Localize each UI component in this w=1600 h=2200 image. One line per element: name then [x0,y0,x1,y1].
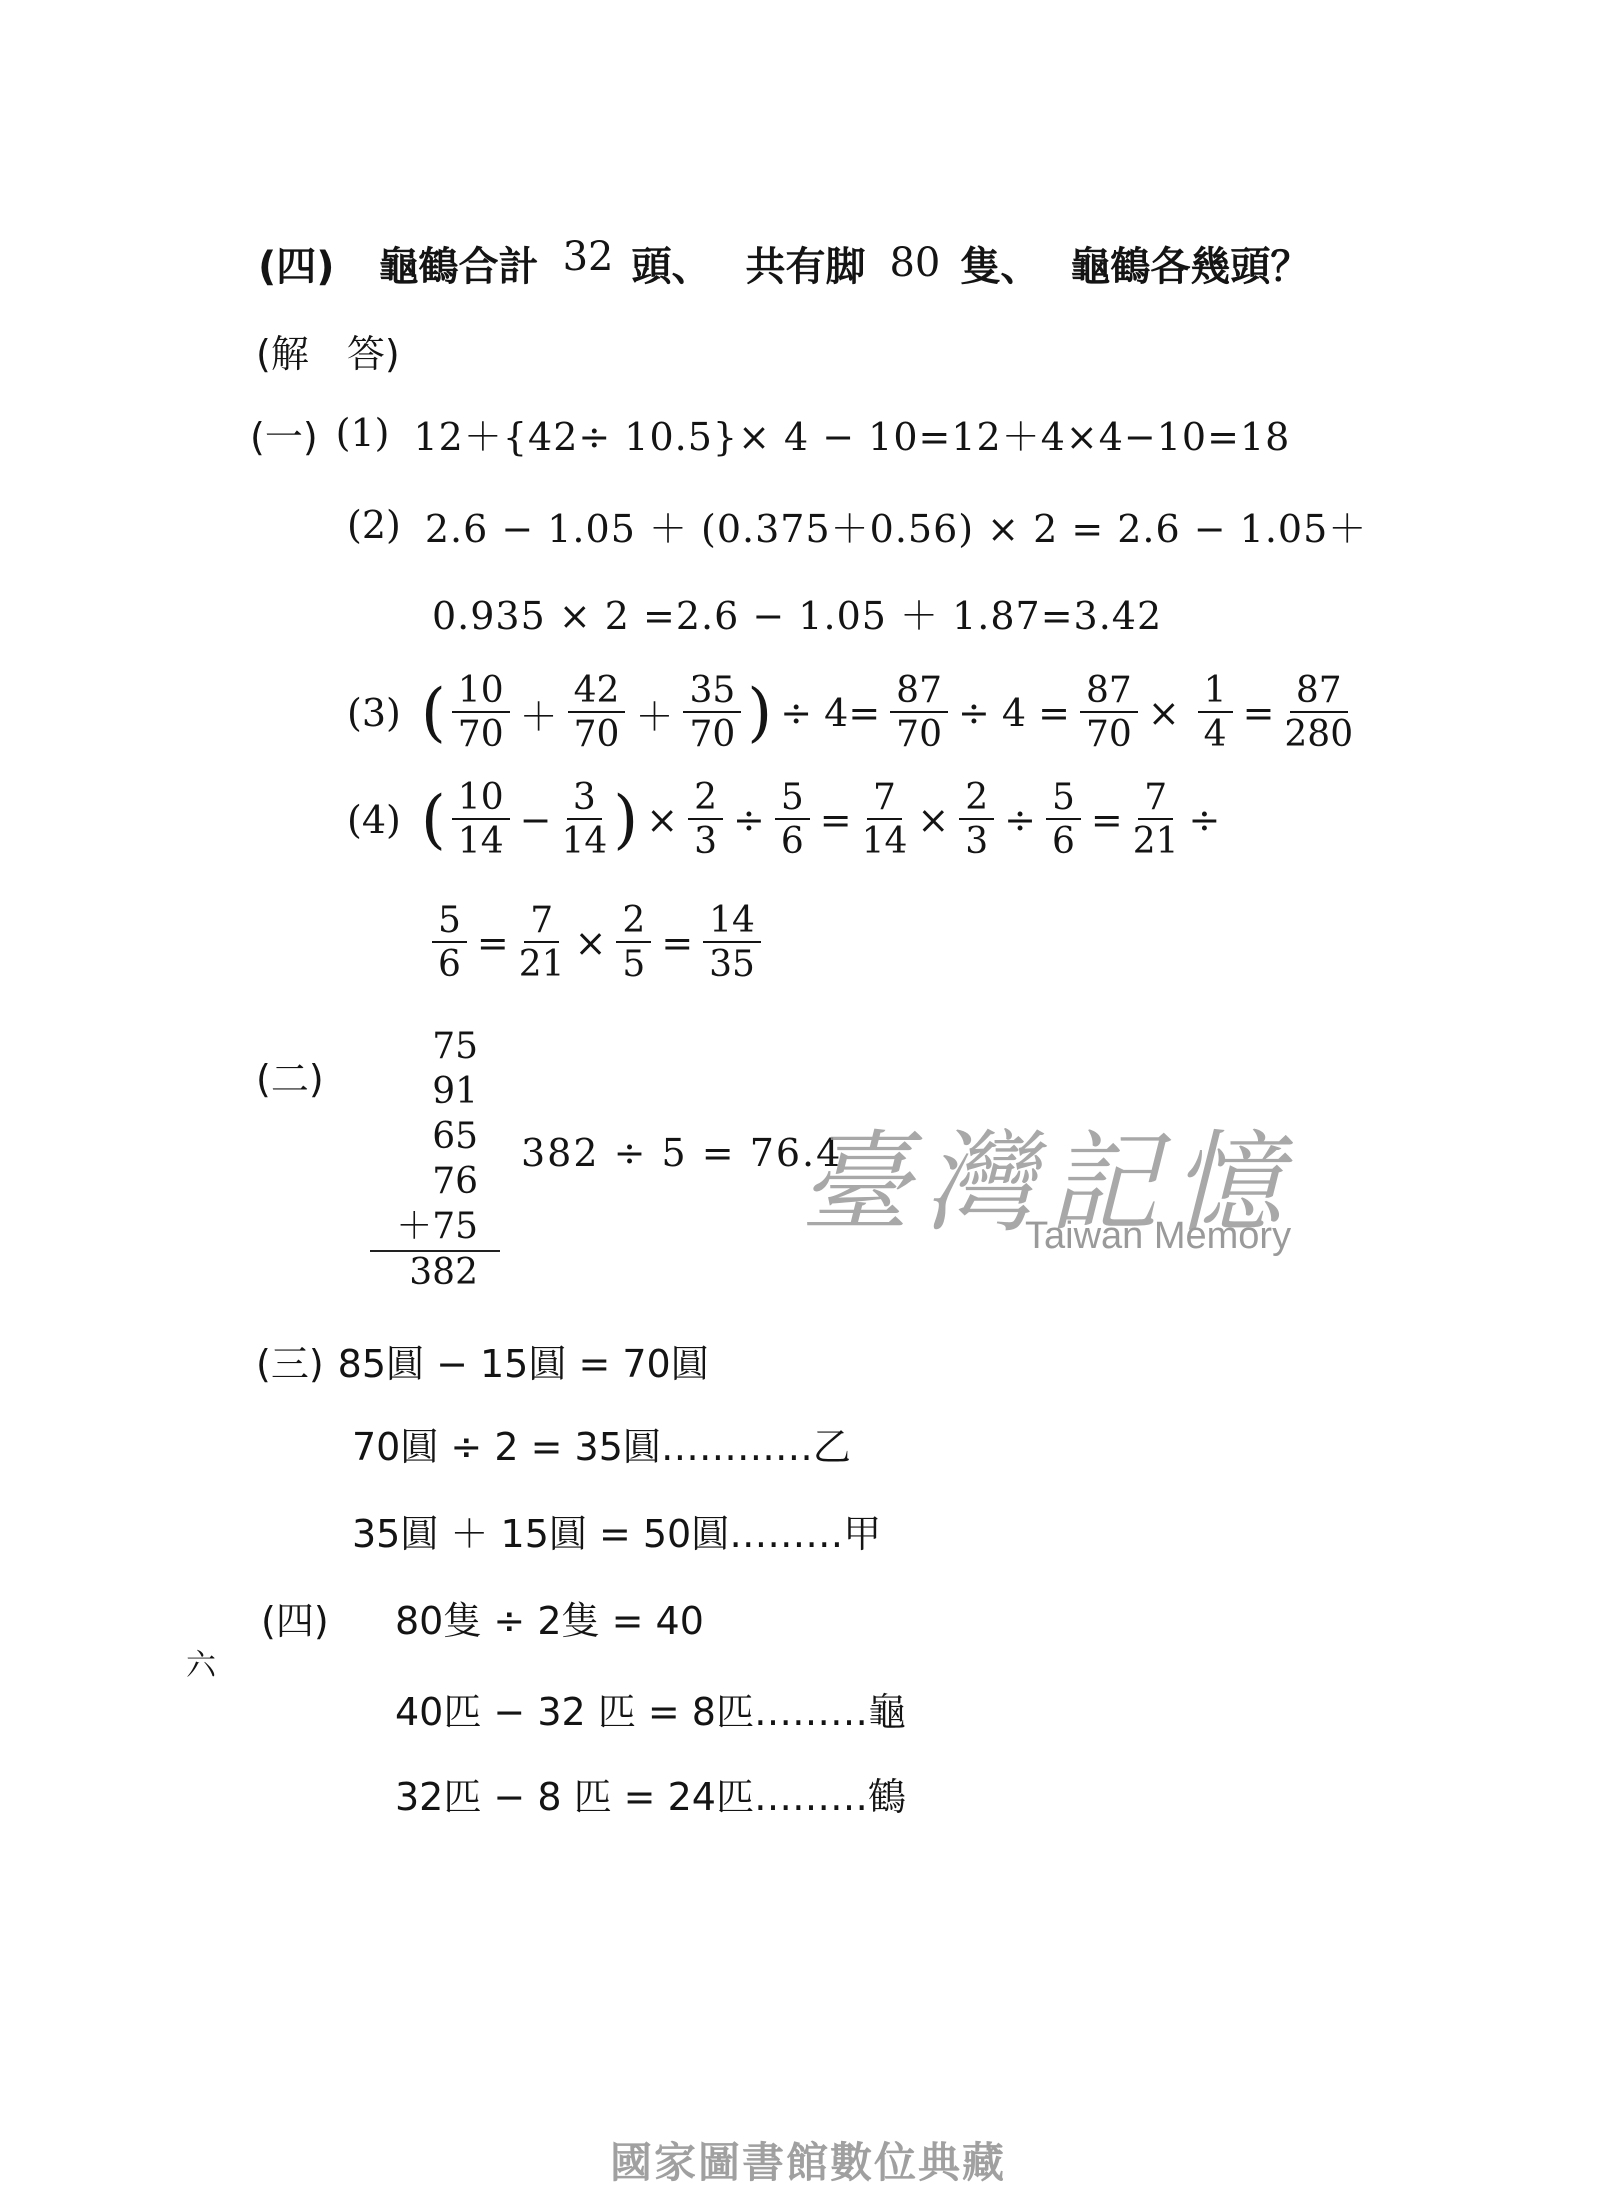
fraction: 56 [1046,780,1081,860]
section1-label: (一) [250,406,318,461]
section4-line2: 40匹 − 32 匹 = 8匹………龜 [395,1678,906,1738]
times-sign: × [646,798,678,842]
fraction: 314 [561,780,607,860]
fraction: 4270 [568,673,626,753]
average-division: 382 ÷ 5 = 76.4 [521,1123,842,1183]
equals-sign: = [661,921,693,965]
equals-sign: = [1091,798,1123,842]
equals-sign: = [1243,691,1275,735]
fraction: 8770 [1080,673,1138,753]
plus-sign: ＋ [635,686,673,741]
q3-div-4: ÷ 4= [780,691,880,735]
sum-value: 382 [368,1250,478,1295]
section1-q4: (4) ( 1014 − 314 ) × 23 ÷ 56 = 714 × 23 … [347,775,1226,865]
q2-label: (2) [347,503,401,547]
problem-text-d: 隻、 [960,235,1040,292]
fraction: 1014 [452,780,510,860]
fraction: 3570 [683,673,741,753]
section1-q3: (3) ( 1070 ＋ 4270 ＋ 3570 ) ÷ 4= 8770 ÷ 4… [347,668,1357,758]
q2-expression-line1: 2.6 − 1.05 ＋ (0.375＋0.56) × 2 = 2.6 − 1.… [425,498,1367,553]
problem-num-a: 32 [563,234,614,280]
addend: 91 [368,1069,478,1114]
problem-label: (四) [258,235,335,292]
fraction: 56 [775,780,810,860]
fraction: 1070 [452,673,510,753]
section3-line2: 70圓 ÷ 2 = 35圓…………乙 [352,1413,851,1473]
section1-q2-line1: (2) 2.6 − 1.05 ＋ (0.375＋0.56) × 2 = 2.6 … [347,495,1367,555]
problem-text-e: 龜鶴各幾頭？ [1070,235,1310,292]
page-number: 六 [186,1640,216,1684]
problem-text-b: 頭、 [631,235,711,292]
addition-column: 75 91 65 76 ＋75 [368,1024,478,1249]
q4-label: (4) [347,798,401,842]
addend: 75 [368,1024,478,1069]
fraction: 721 [1133,780,1179,860]
addend: ＋75 [368,1204,478,1249]
section3-line1: (三) 85圓 − 15圓 = 70圓 [256,1330,709,1390]
divide-sign: ÷ [1189,798,1221,842]
fraction: 1435 [703,903,761,983]
footer-archive-label: 國家圖書館數位典藏 [610,2130,1006,2190]
q3-label: (3) [347,691,401,735]
fraction: 23 [688,780,723,860]
section2-label: (二) [256,1045,324,1105]
section1-q2-line2: 0.935 × 2 =2.6 − 1.05 ＋ 1.87=3.42 [432,582,1162,642]
problem-statement: (四) 龜鶴合計 32 頭、 共有脚 80 隻、 龜鶴各幾頭？ [258,233,1310,293]
q1-label: (1) [336,411,390,455]
section1-q4-cont: 56 = 721 × 25 = 1435 [428,898,765,988]
open-paren: ( [421,681,446,745]
fraction: 14 [1198,673,1233,753]
fraction: 721 [519,903,565,983]
open-paren: ( [421,788,446,852]
minus-sign: − [520,798,552,842]
answer-heading: (解 答) [256,320,400,380]
close-paren: ) [613,788,638,852]
times-sign: × [917,798,949,842]
fraction: 8770 [890,673,948,753]
fraction: 25 [616,903,651,983]
q2-expression-line2: 0.935 × 2 =2.6 − 1.05 ＋ 1.87=3.42 [432,585,1162,640]
problem-text-c: 共有脚 [745,235,865,292]
times-sign: × [1148,691,1180,735]
section4-line1: 80隻 ÷ 2隻 = 40 [395,1587,704,1647]
fraction: 87280 [1284,673,1353,753]
section4-label: (四) [261,1587,329,1647]
plus-sign: ＋ [520,686,558,741]
divide-sign: ÷ [1004,798,1036,842]
problem-num-b: 80 [889,240,940,286]
equals-sign: = [820,798,852,842]
q1-expression: 12＋{42÷ 10.5}× 4 − 10=12＋4×4−10=18 [413,406,1290,461]
section3-label: (三) [256,1333,324,1388]
addend: 76 [368,1159,478,1204]
divide-sign: ÷ [733,798,765,842]
problem-text-a: 龜鶴合計 [379,235,539,292]
fraction: 56 [432,903,467,983]
q3-div-4b: ÷ 4 = [958,691,1070,735]
addend: 65 [368,1114,478,1159]
times-sign: × [575,921,607,965]
section4-line3: 32匹 − 8 匹 = 24匹………鶴 [395,1763,906,1823]
section3-line3: 35圓 ＋ 15圓 = 50圓………甲 [352,1500,881,1560]
fraction: 23 [959,780,994,860]
section1-q1: (一) (1) 12＋{42÷ 10.5}× 4 − 10=12＋4×4−10=… [250,403,1290,463]
fraction: 714 [862,780,908,860]
watermark-en: Taiwan Memory [1025,1215,1291,1258]
close-paren: ) [747,681,772,745]
equals-sign: = [477,921,509,965]
